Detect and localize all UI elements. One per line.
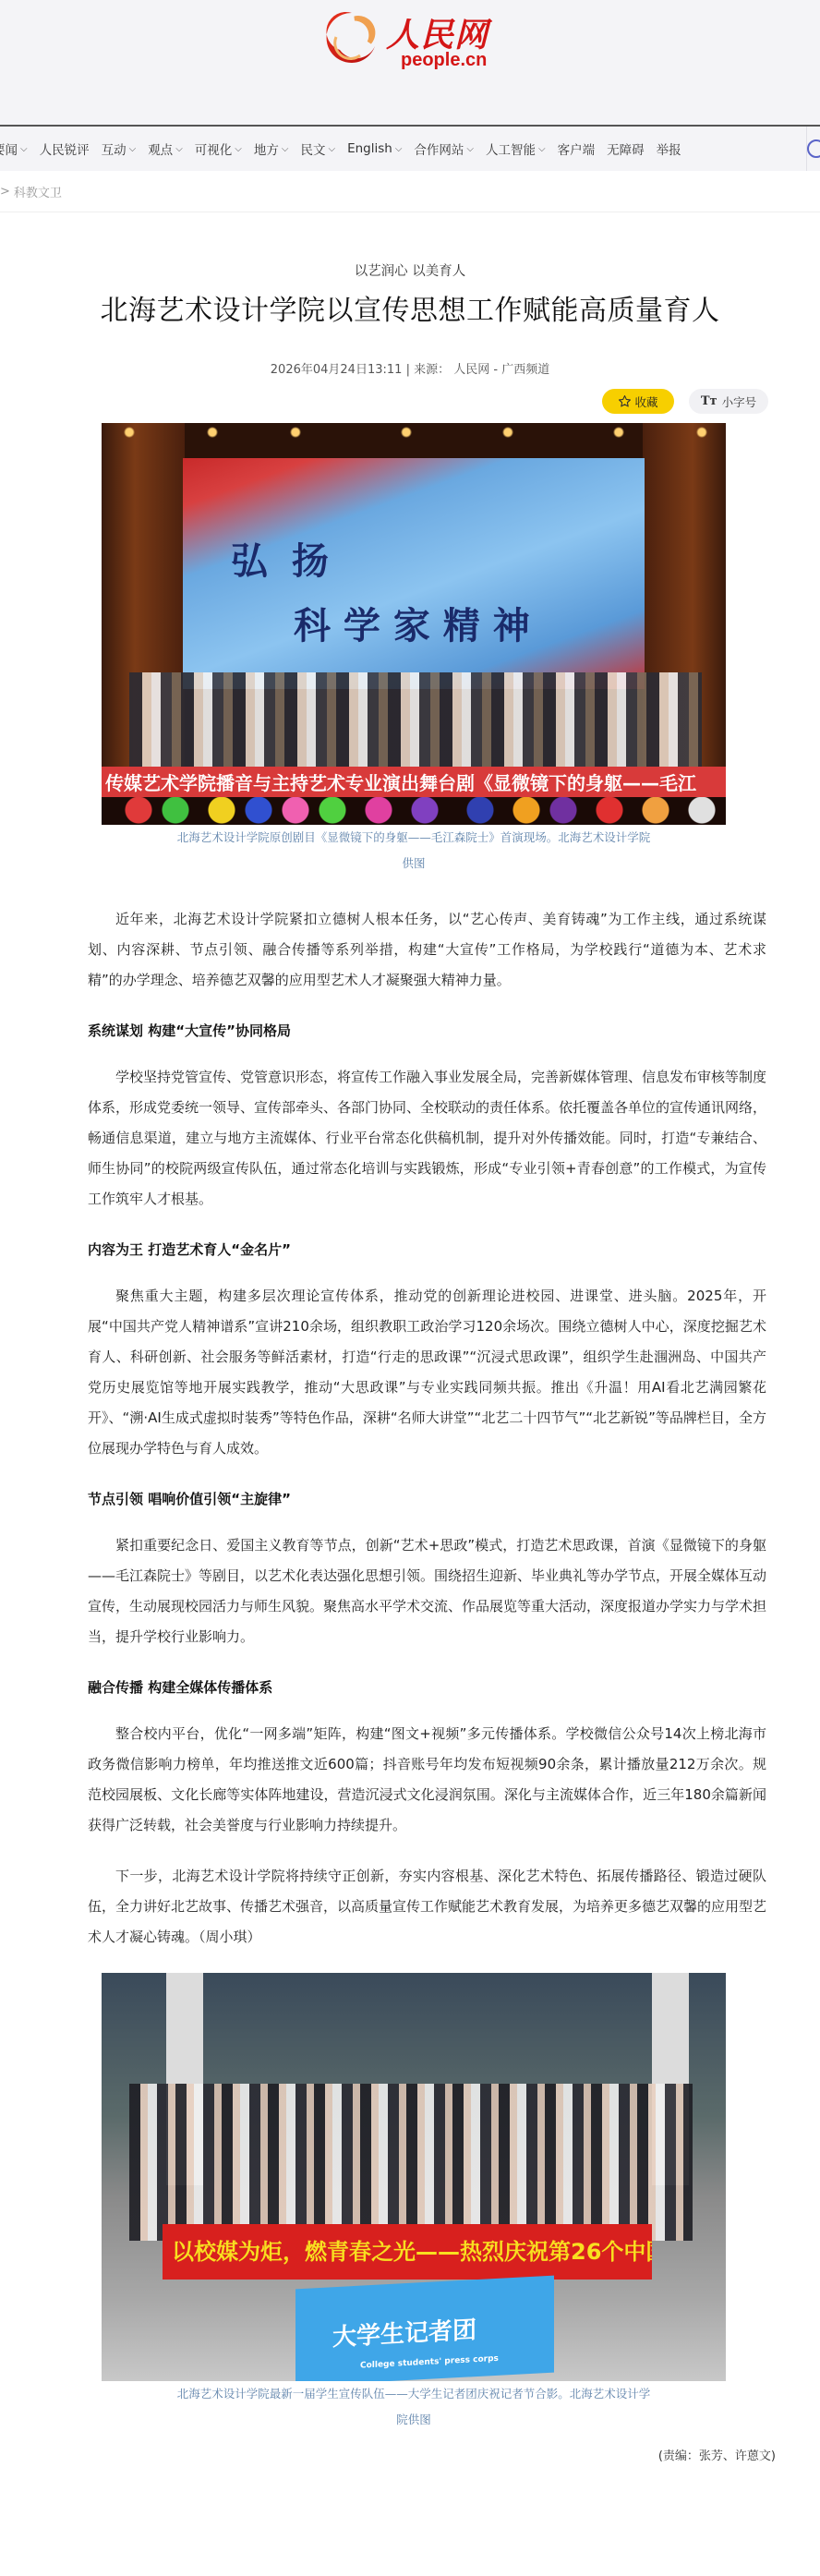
red-banner: 以校媒为炬，燃青春之光——热烈庆祝第26个中国记者节 [163, 2224, 652, 2280]
stage-crowd [129, 672, 702, 774]
nav-label: 民文 [300, 139, 325, 158]
breadcrumb-item-education[interactable]: 科教文卫 [14, 183, 62, 200]
banner-text: 传媒艺术学院播音与主持艺术专业演出舞台剧《显微镜下的身躯——毛江 [102, 767, 726, 800]
font-size-label: 小字号 [722, 393, 757, 410]
figure-caption: 北海艺术设计学院最新一届学生宣传队伍——大学生记者团庆祝记者节合影。北海艺术设计… [102, 2381, 726, 2433]
nav-item-accessibility[interactable]: 无障碍 [607, 139, 645, 158]
nav-label: 人民锐评 [40, 139, 90, 158]
nav-item-english[interactable]: English⌵ [347, 141, 402, 156]
chevron-down-icon: ⌵ [20, 144, 28, 154]
flag-text: 大学生记者团 [332, 2311, 476, 2352]
intro-paragraph: 近年来，北海艺术设计学院紧扣立德树人根本任务，以“艺心传声、美育铸魂”为工作主线… [88, 904, 766, 996]
chevron-down-icon: ⌵ [282, 144, 289, 154]
star-icon [618, 394, 632, 408]
user-avatar-icon[interactable] [807, 139, 820, 158]
font-size-icon: Tт [701, 394, 717, 408]
caption-line-2: 院供图 [109, 2407, 718, 2433]
chevron-down-icon: ⌵ [466, 144, 474, 154]
stage-photo: 弘 扬 科 学 家 精 神 传媒艺术学院播音与主持艺术专业演出舞台剧《显微镜下的… [102, 423, 726, 825]
stage-lights [102, 423, 726, 460]
source-link[interactable]: 人民网 - 广西频道 [453, 363, 549, 377]
closing-paragraph: 下一步，北海艺术设计学院将持续守正创新，夯实内容根基、深化艺术特色、拓展传播路径… [88, 1861, 766, 1953]
caption-line-2: 供图 [109, 851, 718, 877]
section-paragraph-2: 聚焦重大主题，构建多层次理论宣传体系，推动党的创新理论进校园、进课堂、进头脑。2… [88, 1281, 766, 1464]
chevron-down-icon: ⌵ [395, 144, 403, 154]
article-body: 近年来，北海艺术设计学院紧扣立德树人根本任务，以“艺心传声、美育铸魂”为工作主线… [0, 904, 820, 1953]
section-heading-2: 内容为王 打造艺术育人“金名片” [88, 1239, 766, 1261]
flag-subtext: College students' press corps [360, 2354, 499, 2371]
chevron-down-icon: ⌵ [235, 144, 242, 154]
nav-label: 举报 [657, 139, 681, 158]
article-subtitle: 以艺润心 以美育人 [0, 260, 820, 280]
nav-label: 可视化 [195, 139, 233, 158]
article-figure-2: 以校媒为炬，燃青春之光——热烈庆祝第26个中国记者节 大学生记者团 Colleg… [102, 1973, 726, 2433]
section-heading-4: 融合传播 构建全媒体传播体系 [88, 1676, 766, 1699]
people-logo-icon [323, 9, 380, 67]
nav-label: 要闻 [0, 139, 18, 158]
nav-item-opinion[interactable]: 观点⌵ [148, 139, 183, 158]
stage-balloons [102, 797, 726, 825]
site-header: 人民网 people.cn [0, 0, 820, 125]
section-heading-3: 节点引领 唱响价值引领“主旋律” [88, 1488, 766, 1510]
nav-item-partners[interactable]: 合作网站⌵ [414, 139, 474, 158]
nav-label: 客户端 [558, 139, 596, 158]
section-heading-1: 系统谋划 构建“大宣传”协同格局 [88, 1020, 766, 1042]
nav-item-interaction[interactable]: 互动⌵ [102, 139, 137, 158]
section-paragraph-4: 整合校内平台，优化“一网多端”矩阵，构建“图文+视频”多元传播体系。学校微信公众… [88, 1719, 766, 1841]
article-header: 以艺润心 以美育人 北海艺术设计学院以宣传思想工作赋能高质量育人 2026年04… [0, 260, 820, 377]
chevron-down-icon: ⌵ [175, 144, 183, 154]
nav-items: 要闻⌵ 人民锐评 互动⌵ 观点⌵ 可视化⌵ 地方⌵ 民文⌵ English⌵ 合… [0, 127, 693, 171]
nav-label: 互动 [102, 139, 127, 158]
screen-text-2: 科 学 家 精 神 [294, 597, 530, 649]
nav-item-app[interactable]: 客户端 [558, 139, 596, 158]
breadcrumb: > 科教文卫 [0, 171, 820, 212]
nav-label: 地方 [254, 139, 279, 158]
chevron-down-icon: ⌵ [129, 144, 137, 154]
article-title: 北海艺术设计学院以宣传思想工作赋能高质量育人 [0, 287, 820, 328]
article-meta: 2026年04月24日13:11 | 来源： 人民网 - 广西频道 [0, 359, 820, 377]
stage-banner: 传媒艺术学院播音与主持艺术专业演出舞台剧《显微镜下的身躯——毛江 [102, 767, 726, 800]
breadcrumb-separator: > [0, 185, 10, 199]
nav-item-commentary[interactable]: 人民锐评 [40, 139, 90, 158]
blue-flag: 大学生记者团 College students' press corps [295, 2276, 554, 2381]
favorite-button[interactable]: 收藏 [602, 389, 674, 414]
chevron-down-icon: ⌵ [328, 144, 335, 154]
caption-line-1: 北海艺术设计学院最新一届学生宣传队伍——大学生记者团庆祝记者节合影。北海艺术设计… [109, 2381, 718, 2407]
logo-domain-text: people.cn [401, 50, 487, 71]
font-size-button[interactable]: Tт 小字号 [689, 389, 768, 414]
crowd [129, 2084, 693, 2241]
nav-item-ethnic[interactable]: 民文⌵ [300, 139, 335, 158]
nav-item-report[interactable]: 举报 [657, 139, 681, 158]
article-figure-1: 弘 扬 科 学 家 精 神 传媒艺术学院播音与主持艺术专业演出舞台剧《显微镜下的… [102, 423, 726, 877]
publish-datetime: 2026年04月24日13:11 [271, 363, 403, 377]
caption-line-1: 北海艺术设计学院原创剧目《显微镜下的身躯——毛江森院士》首演现场。北海艺术设计学… [109, 825, 718, 851]
section-paragraph-3: 紧扣重要纪念日、爱国主义教育等节点，创新“艺术+思政”模式，打造艺术思政课，首演… [88, 1530, 766, 1652]
group-photo: 以校媒为炬，燃青春之光——热烈庆祝第26个中国记者节 大学生记者团 Colleg… [102, 1973, 726, 2381]
nav-item-news[interactable]: 要闻⌵ [0, 139, 28, 158]
site-logo[interactable]: 人民网 people.cn [323, 7, 508, 74]
meta-separator: | [406, 363, 410, 377]
chevron-down-icon: ⌵ [538, 144, 546, 154]
screen-text-1: 弘 扬 [231, 532, 334, 585]
nav-item-local[interactable]: 地方⌵ [254, 139, 289, 158]
article-tools: 收藏 Tт 小字号 [0, 377, 820, 423]
nav-label: 观点 [148, 139, 173, 158]
source-label: 来源： [414, 363, 450, 377]
nav-label: 无障碍 [607, 139, 645, 158]
favorite-label: 收藏 [634, 393, 657, 410]
nav-item-ai[interactable]: 人工智能⌵ [486, 139, 546, 158]
nav-label: 合作网站 [414, 139, 464, 158]
figure-caption: 北海艺术设计学院原创剧目《显微镜下的身躯——毛江森院士》首演现场。北海艺术设计学… [102, 825, 726, 877]
main-nav: 要闻⌵ 人民锐评 互动⌵ 观点⌵ 可视化⌵ 地方⌵ 民文⌵ English⌵ 合… [0, 125, 820, 171]
section-paragraph-1: 学校坚持党管宣传、党管意识形态，将宣传工作融入事业发展全局，完善新媒体管理、信息… [88, 1062, 766, 1215]
nav-label: 人工智能 [486, 139, 536, 158]
red-banner-text: 以校媒为炬，燃青春之光——热烈庆祝第26个中国记者节 [163, 2224, 652, 2280]
editor-credit: (责编：张芳、许蒽文) [0, 2446, 820, 2509]
stage-screen: 弘 扬 科 学 家 精 神 [183, 458, 645, 689]
nav-item-visual[interactable]: 可视化⌵ [195, 139, 242, 158]
nav-label: English [347, 141, 392, 156]
